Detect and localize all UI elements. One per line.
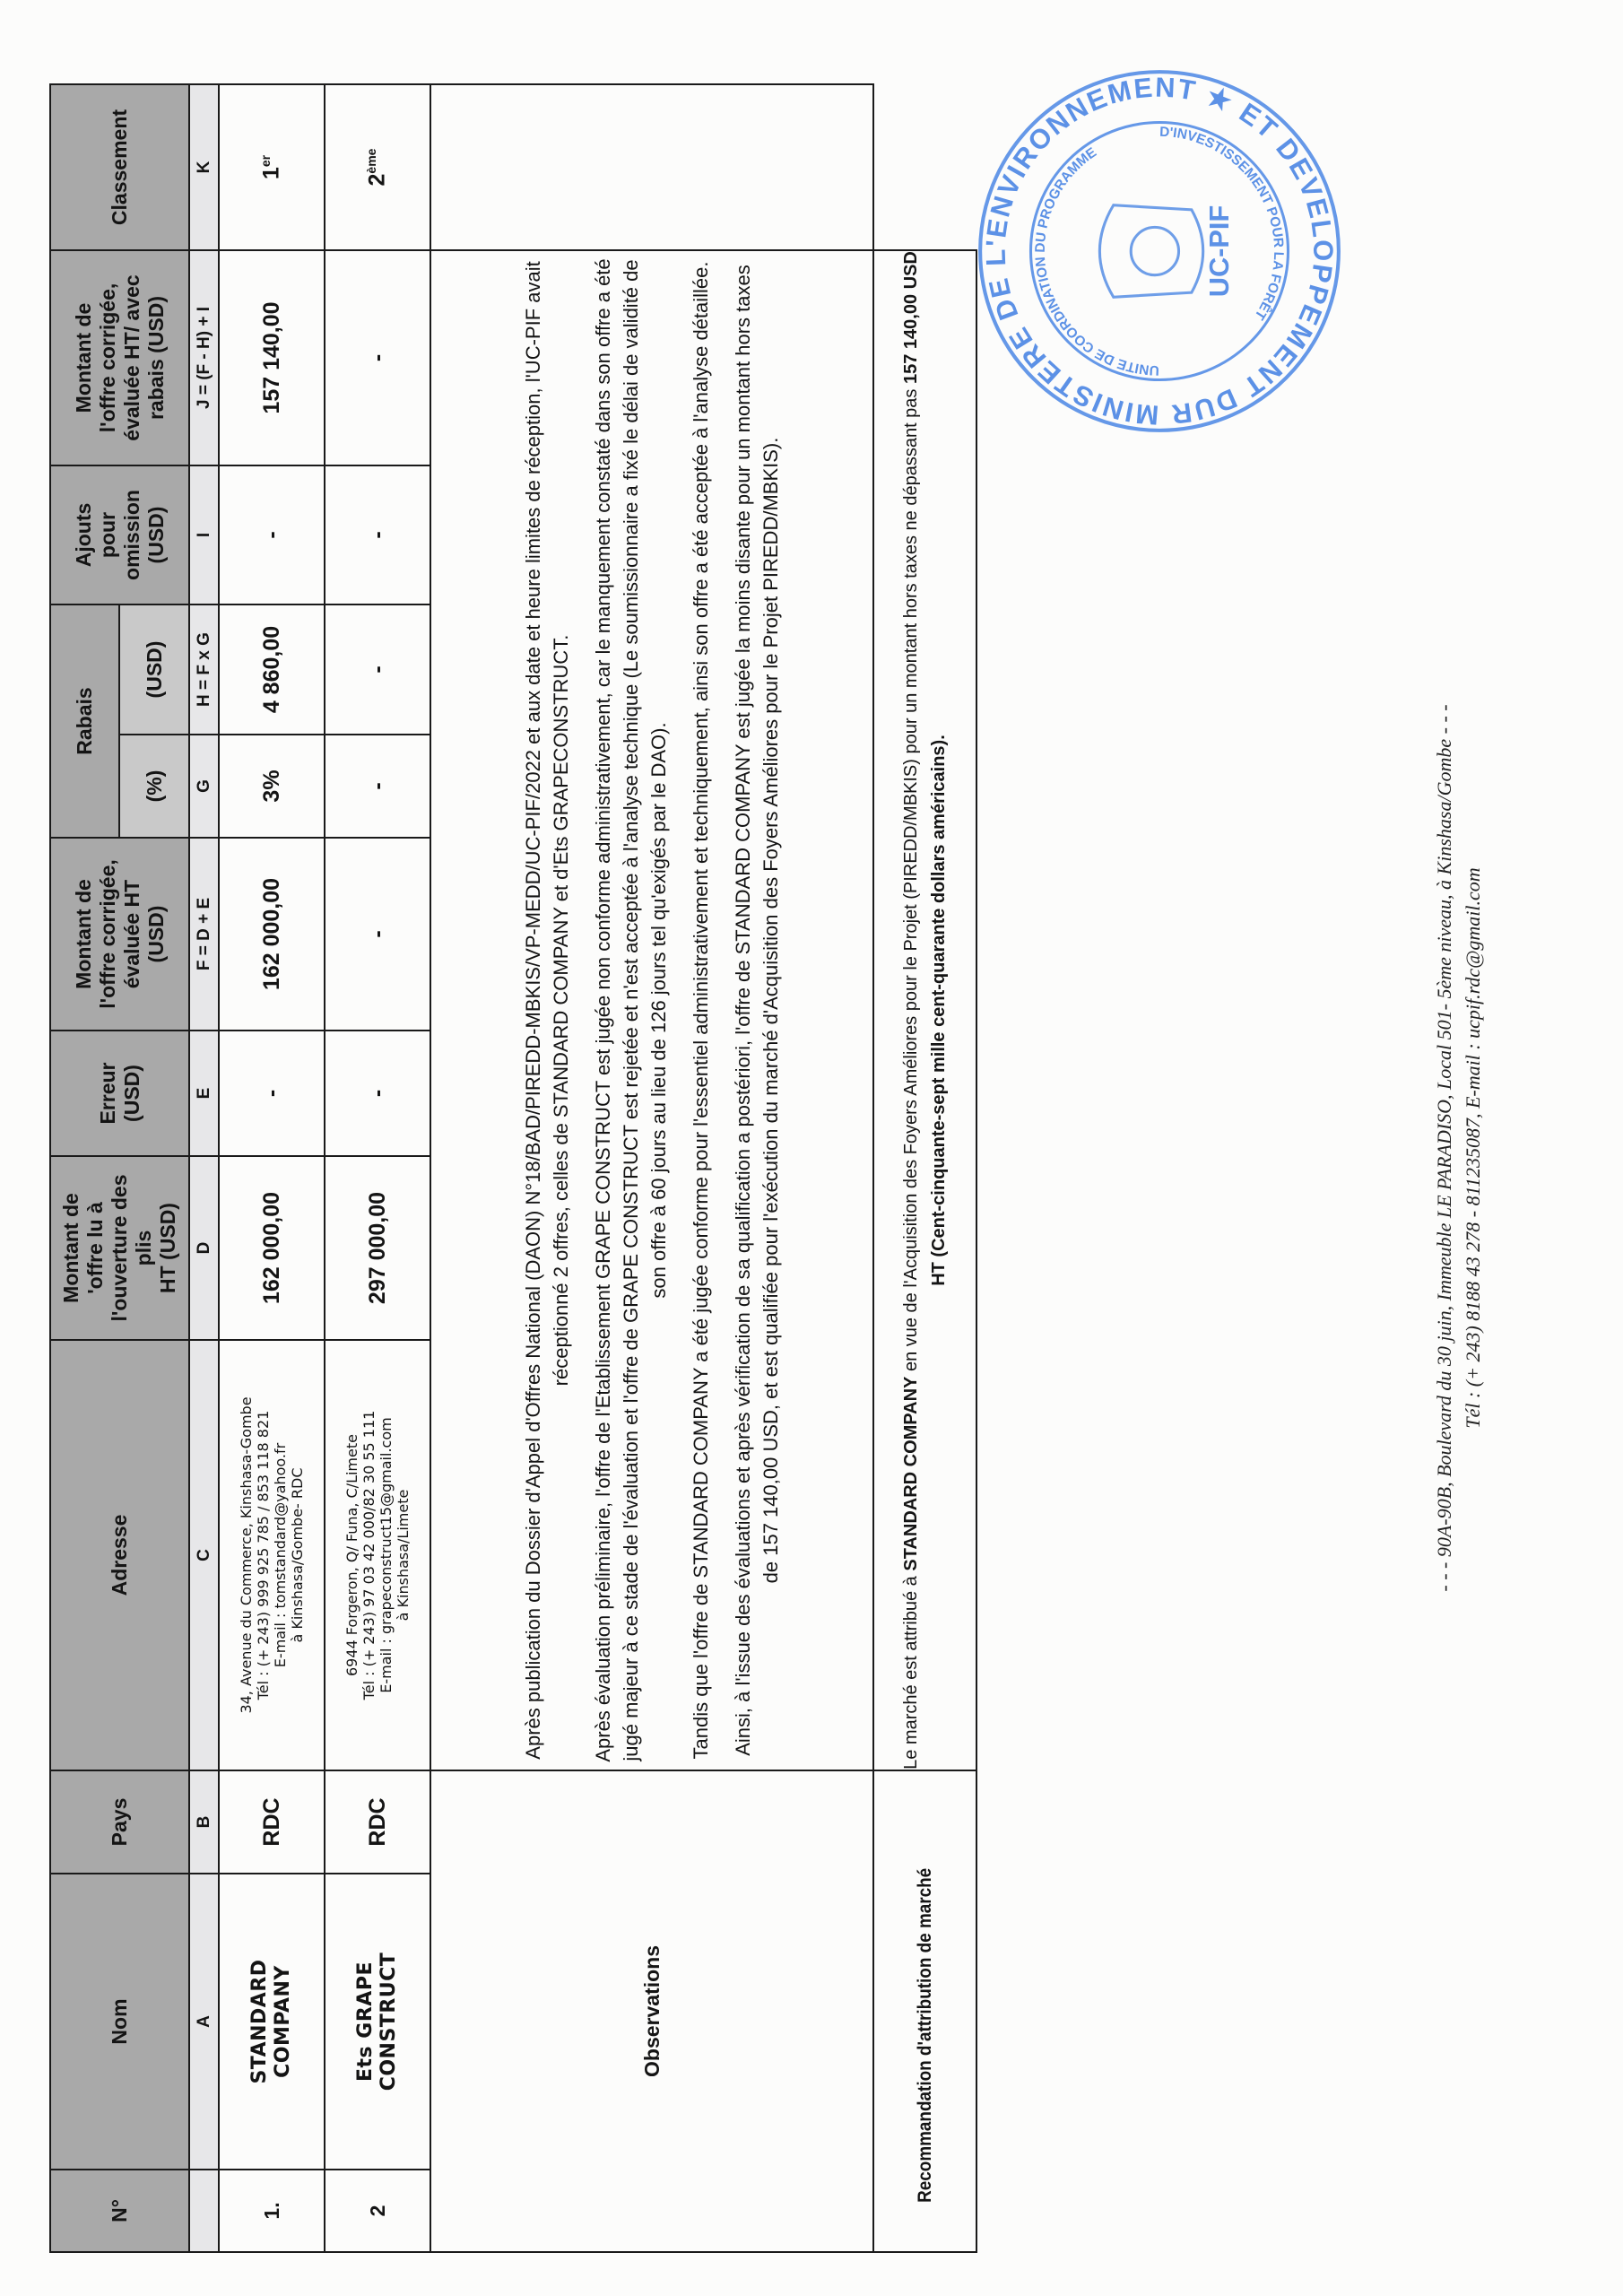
omission-additions: - xyxy=(325,465,430,604)
evaluation-table: N° Nom Pays Adresse Montant de 'offre lu… xyxy=(49,83,977,2253)
amount-read: 162 000,00 xyxy=(219,1156,325,1340)
header-nom: Nom xyxy=(50,1874,189,2170)
error-amount: - xyxy=(325,1031,430,1156)
header-montant-corrige: Montant de l'offre corrigée, évaluée HT … xyxy=(50,838,189,1031)
observation-paragraph: Après publication du Dossier d'Appel d'O… xyxy=(519,251,575,1770)
corrected-amount: 162 000,00 xyxy=(219,838,325,1031)
bidder-address: 34, Avenue du Commerce, Kinshasa-Gombe T… xyxy=(219,1340,325,1770)
observation-paragraph: Tandis que l'offre de STANDARD COMPANY a… xyxy=(687,251,715,1770)
recommendation-row: Recommandation d'attribution de marché L… xyxy=(873,84,976,2252)
discount-usd: - xyxy=(325,604,430,735)
corrected-amount: - xyxy=(325,838,430,1031)
omission-additions: - xyxy=(219,465,325,604)
header-adresse: Adresse xyxy=(50,1340,189,1770)
table-row: 1. STANDARD COMPANY RDC 34, Avenue du Co… xyxy=(219,84,325,2252)
final-amount: 157 140,00 xyxy=(219,250,325,465)
bidder-name: STANDARD COMPANY xyxy=(219,1874,325,2170)
header-montant-lu: Montant de 'offre lu à l'ouverture des p… xyxy=(50,1156,189,1340)
bidder-name: Ets GRAPE CONSTRUCT xyxy=(325,1874,430,2170)
header-pays: Pays xyxy=(50,1770,189,1874)
discount-usd: 4 860,00 xyxy=(219,604,325,735)
ranking: 1er xyxy=(219,84,325,250)
official-stamp-icon: MINISTERE DE L'ENVIRONNEMENT ★ ET DEVELO… xyxy=(976,67,1343,435)
header-rabais-pct: (%) xyxy=(119,735,189,838)
recommendation-text: Le marché est attribué à STANDARD COMPAN… xyxy=(873,250,976,1770)
observations-row: Observations Après publication du Dossie… xyxy=(430,84,873,2252)
error-amount: - xyxy=(219,1031,325,1156)
discount-percent: 3% xyxy=(219,735,325,838)
observation-paragraph: Ainsi, à l'issue des évaluations et aprè… xyxy=(729,251,785,1770)
observation-paragraph: Après évaluation préliminaire, l'offre d… xyxy=(589,251,673,1770)
footer-contact: Tél : (+ 243) 8188 43 278 - 811235087, E… xyxy=(1462,0,1485,2296)
header-montant-final: Montant de l'offre corrigée, évaluée HT/… xyxy=(50,250,189,465)
header-erreur: Erreur (USD) xyxy=(50,1031,189,1156)
header-rabais: Rabais xyxy=(50,604,119,838)
header-rabais-usd: (USD) xyxy=(119,604,189,735)
letters-row: A B C D E F = D + E G H = F x G I J = (F… xyxy=(189,84,219,2252)
document-page: N° Nom Pays Adresse Montant de 'offre lu… xyxy=(0,0,1623,2296)
observations-empty-cell xyxy=(430,84,873,250)
bidder-country: RDC xyxy=(325,1770,430,1874)
amount-read: 297 000,00 xyxy=(325,1156,430,1340)
row-number: 1. xyxy=(219,2170,325,2252)
observations-text: Après publication du Dossier d'Appel d'O… xyxy=(430,250,873,1770)
svg-text:UC-PIF: UC-PIF xyxy=(1203,205,1235,298)
recommendation-label: Recommandation d'attribution de marché xyxy=(873,1819,976,2252)
discount-percent: - xyxy=(325,735,430,838)
bidder-address: 6944 Forgeron, Q/ Funa, C/Limete Tél : (… xyxy=(325,1340,430,1770)
bidder-country: RDC xyxy=(219,1770,325,1874)
ranking: 2ème xyxy=(325,84,430,250)
final-amount: - xyxy=(325,250,430,465)
observations-label: Observations xyxy=(430,1770,873,2252)
header-no: N° xyxy=(50,2170,189,2252)
awardee-name: STANDARD COMPANY xyxy=(901,1377,921,1571)
footer-address: - - - 90A-90B, Boulevard du 30 juin, Imm… xyxy=(1433,0,1456,2296)
header-classement: Classement xyxy=(50,84,189,250)
table-row: 2 Ets GRAPE CONSTRUCT RDC 6944 Forgeron,… xyxy=(325,84,430,2252)
header-ajouts: Ajouts pour omission (USD) xyxy=(50,465,189,604)
row-number: 2 xyxy=(325,2170,430,2252)
